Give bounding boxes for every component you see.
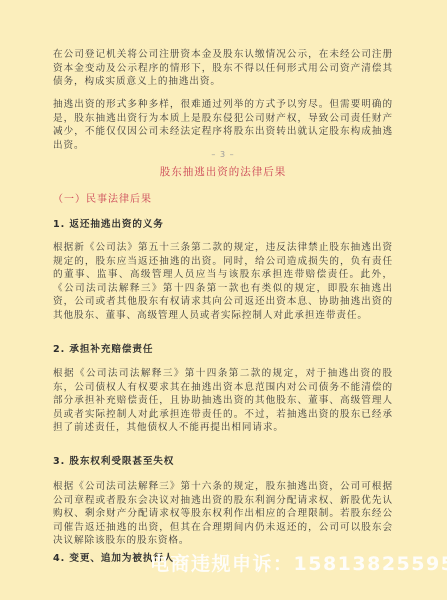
- subsection-title: （一）民事法律后果: [53, 190, 152, 205]
- item-heading-3: 3. 股东权利受限甚至失权: [53, 453, 174, 467]
- item-text-2: 根据《公司法司法解释三》第十四条第二款的规定，对于抽逃出资的股东，公司债权人有权…: [53, 367, 393, 435]
- paragraph-forms: 抽逃出资的形式多种多样，很难通过列举的方式予以穷尽。但需要明确的是，股东抽逃出资…: [53, 98, 393, 152]
- item-text-1: 根据新《公司法》第五十三条第二款的规定，违反法律禁止股东抽逃出资规定的，股东应当…: [53, 241, 393, 322]
- paragraph-registration: 在公司登记机关将公司注册资本金及股东认缴情况公示，在未经公司注册资本金变动及公示…: [53, 48, 393, 89]
- section-title: 股东抽逃出资的法律后果: [53, 164, 393, 179]
- item-heading-2: 2. 承担补充赔偿责任: [53, 341, 153, 355]
- watermark-overlay: 电商违规申诉：15813825595: [150, 549, 447, 576]
- item-heading-1: 1. 返还抽逃出资的义务: [53, 216, 164, 230]
- item-text-3: 根据《公司法司法解释三》第十六条的规定，股东抽逃出资，公司可根据公司章程或者股东…: [53, 480, 393, 548]
- section-number: – 3 –: [53, 150, 393, 159]
